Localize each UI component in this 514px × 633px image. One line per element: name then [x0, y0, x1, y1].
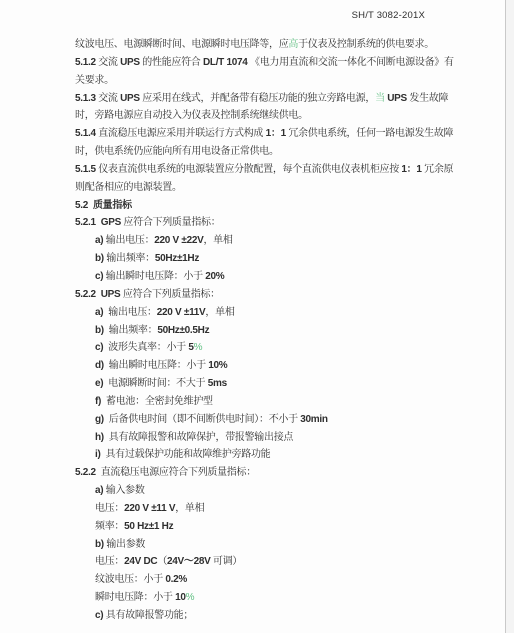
text-line: 5.1.4 直流稳压电源应采用并联运行方式构成 1：1 冗余供电系统，任何一路电…	[75, 125, 475, 143]
text-segment: 具有故障报警和故障保护，带报警输出接点	[104, 432, 293, 443]
text-segment: 具有故障报警功能；	[106, 610, 193, 621]
text-line: 则配备相应的电源装置。	[75, 179, 475, 197]
text-segment: 5.2.2	[75, 289, 96, 300]
text-line: i) 具有过载保护功能和故障维护旁路功能	[75, 446, 475, 464]
text-segment: GPS	[101, 217, 121, 228]
text-segment: 瞬时电压降：小于	[95, 592, 175, 603]
text-line: h) 具有故障报警和故障保护，带报警输出接点	[75, 429, 475, 447]
text-segment: DL/T 1074	[203, 57, 248, 68]
text-segment: 50Hz±1Hz	[155, 253, 199, 264]
text-segment: 输出频率：	[104, 325, 157, 336]
text-segment: 5ms	[208, 378, 227, 389]
text-line: c) 具有故障报警功能；	[75, 607, 475, 625]
text-line: a) 输出电压：220 V ±22V，单相	[75, 232, 475, 250]
text-segment: 5.1.3	[75, 93, 98, 104]
text-segment: 应符合下列质量指标：	[121, 217, 220, 228]
text-segment: UPS	[387, 93, 407, 104]
text-segment: 质量指标	[88, 200, 132, 211]
text-segment: 220 V ±22V	[154, 235, 203, 246]
text-segment: 冗余供电系统，任何一路电源发生故障	[286, 128, 453, 139]
text-segment: 电压：	[95, 556, 124, 567]
text-segment: 电源瞬断时间：不大于	[103, 378, 207, 389]
text-segment: 5.2.2	[75, 467, 96, 478]
document-page: SH/T 3082-201X 纹波电压、电源瞬断时间、电源瞬时电压降等，应高于仪…	[0, 0, 506, 633]
text-segment: UPS	[120, 57, 140, 68]
text-line: 5.2.2 UPS 应符合下列质量指标：	[75, 286, 475, 304]
text-segment: 输出瞬时电压降：小于	[106, 271, 205, 282]
text-segment: 于仪表及控制系统的供电要求。	[298, 39, 434, 50]
text-segment: UPS	[120, 93, 140, 104]
text-line: c) 输出瞬时电压降：小于 20%	[75, 268, 475, 286]
text-segment: 1：1	[266, 128, 286, 139]
text-line: a) 输入参数	[75, 482, 475, 500]
text-line: c) 波形失真率：小于 5%	[75, 339, 475, 357]
text-segment: 24V～28V	[167, 556, 211, 567]
text-segment: 220 V ±11V	[157, 307, 206, 318]
text-segment: 仪表直流供电系统的电源装置应分散配置，每个直流供电仪表机柜应按	[98, 164, 401, 175]
text-segment: 可调）	[211, 556, 243, 567]
text-segment: 5.2	[75, 200, 88, 211]
text-segment: 交流	[98, 57, 120, 68]
text-segment: 《电力用直流和交流一体化不间断电源设备》有	[248, 57, 454, 68]
text-line: b) 输出参数	[75, 536, 475, 554]
text-segment: 24V DC	[124, 556, 157, 567]
text-segment: 10%	[208, 360, 227, 371]
text-segment: 冗余原	[422, 164, 454, 175]
text-line: 时，旁路电源应自动投入为仪表及控制系统继续供电。	[75, 107, 475, 125]
text-segment: 发生故障	[407, 93, 448, 104]
text-line: 5.2 质量指标	[75, 197, 475, 215]
text-segment: UPS	[101, 289, 121, 300]
text-line: b) 输出频率：50Hz±0.5Hz	[75, 322, 475, 340]
text-line: 5.2.2 直流稳压电源应符合下列质量指标：	[75, 464, 475, 482]
text-segment: 波形失真率：小于	[103, 342, 188, 353]
text-line: 纹波电压：小于 0.2%	[75, 571, 475, 589]
text-segment: 蓄电池：全密封免维护型	[101, 396, 213, 407]
text-segment: 输出电压：	[103, 307, 156, 318]
text-line: 频率：50 Hz±1 Hz	[75, 518, 475, 536]
text-line: 纹波电压、电源瞬断时间、电源瞬时电压降等，应高于仪表及控制系统的供电要求。	[75, 36, 475, 54]
text-line: 时，供电系统仍应能向所有用电设备正常供电。	[75, 143, 475, 161]
text-segment: 交流	[98, 93, 120, 104]
text-segment: 30min	[300, 414, 327, 425]
text-segment: 输出电压：	[106, 235, 155, 246]
text-segment: b)	[95, 325, 104, 336]
text-segment: 5.1.5	[75, 164, 98, 175]
text-line: 瞬时电压降：小于 10%	[75, 589, 475, 607]
text-segment: ，单相	[203, 235, 232, 246]
text-segment: 应采用在线式，并配备带有稳压功能的独立旁路电源，	[140, 93, 375, 104]
text-segment: 5.2.1	[75, 217, 96, 228]
revision-marked-text: %	[186, 592, 195, 603]
text-segment: d)	[95, 360, 104, 371]
text-segment: g)	[95, 414, 104, 425]
revision-marked-text: 当	[375, 93, 385, 104]
text-segment: 直流稳压电源应符合下列质量指标：	[96, 467, 256, 478]
doc-number: SH/T 3082-201X	[352, 10, 425, 21]
text-line: 5.1.3 交流 UPS 应采用在线式，并配备带有稳压功能的独立旁路电源，当 U…	[75, 90, 475, 108]
text-segment: 关要求。	[75, 75, 114, 86]
text-line: f) 蓄电池：全密封免维护型	[75, 393, 475, 411]
text-segment: 输入参数	[106, 485, 145, 496]
text-segment: 频率：	[95, 521, 124, 532]
text-line: 5.1.5 仪表直流供电系统的电源装置应分散配置，每个直流供电仪表机柜应按 1：…	[75, 161, 475, 179]
text-segment: 具有过载保护功能和故障维护旁路功能	[101, 449, 271, 460]
text-segment: 则配备相应的电源装置。	[75, 182, 182, 193]
text-segment: 20%	[205, 271, 224, 282]
text-segment: ，单相	[175, 503, 204, 514]
text-segment: ，单相	[205, 307, 234, 318]
text-line: b) 输出频率：50Hz±1Hz	[75, 250, 475, 268]
text-segment: 时，供电系统仍应能向所有用电设备正常供电。	[75, 146, 279, 157]
text-segment: 纹波电压、电源瞬断时间、电源瞬时电压降等，应	[75, 39, 288, 50]
text-segment: 电压：	[95, 503, 124, 514]
text-line: 关要求。	[75, 72, 475, 90]
text-segment: c)	[95, 271, 106, 282]
text-segment: 0.2%	[165, 574, 187, 585]
text-segment: h)	[95, 432, 104, 443]
text-line: g) 后备供电时间（即不间断供电时间）：不小于 30min	[75, 411, 475, 429]
text-line: e) 电源瞬断时间：不大于 5ms	[75, 375, 475, 393]
revision-marked-text: %	[194, 342, 203, 353]
text-segment: b)	[95, 539, 106, 550]
text-segment: 直流稳压电源应采用并联运行方式构成	[98, 128, 265, 139]
text-line: 5.2.1 GPS 应符合下列质量指标：	[75, 214, 475, 232]
text-segment: b)	[95, 253, 106, 264]
text-segment: 输出参数	[106, 539, 145, 550]
text-segment: 的性能应符合	[140, 57, 203, 68]
text-segment: 5.1.2	[75, 57, 98, 68]
text-segment: 输出频率：	[106, 253, 155, 264]
revision-marked-text: 高	[288, 39, 298, 50]
document-body: 纹波电压、电源瞬断时间、电源瞬时电压降等，应高于仪表及控制系统的供电要求。5.1…	[75, 36, 475, 625]
text-segment: （	[157, 556, 167, 567]
text-segment: 输出瞬时电压降：小于	[104, 360, 208, 371]
text-segment: 应符合下列质量指标：	[120, 289, 219, 300]
text-line: a) 输出电压：220 V ±11V，单相	[75, 304, 475, 322]
text-line: 电压：24V DC（24V～28V 可调）	[75, 553, 475, 571]
text-segment: 50 Hz±1 Hz	[124, 521, 173, 532]
text-segment: 10	[175, 592, 186, 603]
text-line: 5.1.2 交流 UPS 的性能应符合 DL/T 1074 《电力用直流和交流一…	[75, 54, 475, 72]
text-segment: 后备供电时间（即不间断供电时间）：不小于	[104, 414, 300, 425]
text-segment: a)	[95, 485, 106, 496]
text-line: 电压：220 V ±11 V，单相	[75, 500, 475, 518]
text-line: d) 输出瞬时电压降：小于 10%	[75, 357, 475, 375]
text-segment: 1：1	[401, 164, 421, 175]
text-segment: 5.1.4	[75, 128, 98, 139]
text-segment: 220 V ±11 V	[124, 503, 175, 514]
text-segment: a)	[95, 235, 106, 246]
text-segment: 50Hz±0.5Hz	[157, 325, 209, 336]
text-segment: 纹波电压：小于	[95, 574, 165, 585]
text-segment: 时，旁路电源应自动投入为仪表及控制系统继续供电。	[75, 110, 308, 121]
text-segment: c)	[95, 610, 106, 621]
